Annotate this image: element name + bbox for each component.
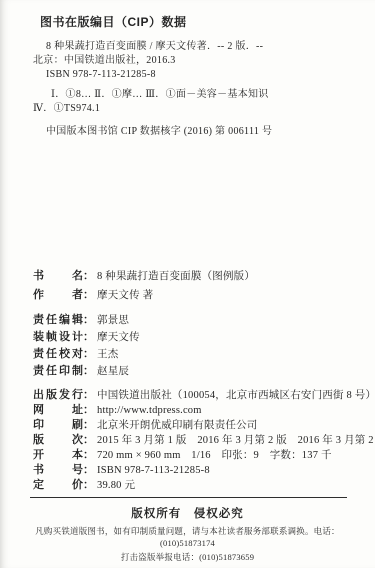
info-row-responsible-editor: 责任编辑：郭景思 xyxy=(33,312,361,329)
row-value: 8 种果蔬打造百变面膜（图例版） xyxy=(97,271,255,282)
cip-title-line: 8 种果蔬打造百变面膜 / 摩天文传著．-- 2 版．-- xyxy=(33,40,353,54)
row-colon: ： xyxy=(83,419,94,431)
row-label: 出版发行 xyxy=(33,388,83,403)
cip-header: 图书在版编目（CIP）数据 xyxy=(40,13,375,30)
row-label: 印 刷 xyxy=(33,418,83,433)
info-row-publisher: 出版发行：中国铁道出版社（100054，北京市西城区右安门西街 8 号） xyxy=(33,388,361,403)
cip-block: 图书在版编目（CIP）数据 8 种果蔬打造百变面膜 / 摩天文传著．-- 2 版… xyxy=(0,0,375,139)
row-value: 2015 年 3 月第 1 版 2016 年 3 月第 2 版 2016 年 3… xyxy=(97,435,375,446)
info-row-author: 作 者：摩天文传 著 xyxy=(33,286,361,305)
row-value: 摩天文传 xyxy=(97,332,140,343)
cip-classification-line-2: Ⅳ．①TS974.1 xyxy=(33,102,353,116)
row-value: 摩天文传 著 xyxy=(97,290,153,301)
row-colon: ： xyxy=(83,331,94,343)
info-row-book-title: 书 名：8 种果蔬打造百变面膜（图例版） xyxy=(33,267,361,286)
row-label: 版 次 xyxy=(33,433,83,448)
copyright-statement: 版权所有 侵权必究 xyxy=(0,505,375,521)
row-colon: ： xyxy=(83,314,94,326)
row-label: 书 名 xyxy=(33,267,83,286)
info-row-cover-design: 装帧设计：摩天文传 xyxy=(33,329,361,346)
row-colon: ： xyxy=(83,348,94,360)
row-colon: ： xyxy=(83,270,94,282)
row-colon: ： xyxy=(83,389,94,401)
row-value: 北京米开朗优威印刷有限责任公司 xyxy=(97,420,258,431)
row-value: 39.80 元 xyxy=(97,480,135,491)
info-row-website: 网 址：http://www.tdpress.com xyxy=(33,403,361,418)
website-url: http://www.tdpress.com xyxy=(97,405,202,416)
quality-notice-line: 凡购买铁道版图书，如有印制质量问题，请与本社读者服务部联系调换。电话：(010)… xyxy=(14,525,361,549)
row-value: 720 mm × 960 mm 1/16 印张：9 字数：137 千 xyxy=(97,450,332,461)
row-value: 王杰 xyxy=(97,349,118,360)
row-label: 网 址 xyxy=(33,403,83,418)
info-row-format: 开 本：720 mm × 960 mm 1/16 印张：9 字数：137 千 xyxy=(33,448,361,463)
copyright-page: 图书在版编目（CIP）数据 8 种果蔬打造百变面膜 / 摩天文传著．-- 2 版… xyxy=(0,0,375,568)
info-row-edition: 版 次：2015 年 3 月第 1 版 2016 年 3 月第 2 版 2016… xyxy=(33,433,361,448)
row-colon: ： xyxy=(83,464,94,476)
anti-piracy-hotline-line: 打击盗版举报电话：(010)51873659 xyxy=(14,551,361,563)
blank-area xyxy=(0,139,375,267)
staff-group: 责任编辑：郭景思 装帧设计：摩天文传 责任校对：王杰 责任印制：赵星辰 xyxy=(33,312,361,380)
cip-classification-line-1: Ⅰ．①8… Ⅱ．①摩… Ⅲ．①面－美容－基本知识 xyxy=(33,88,353,102)
row-colon: ： xyxy=(83,434,94,446)
info-row-print-supervisor: 责任印制：赵星辰 xyxy=(33,363,361,380)
cip-record-number-line: 中国版本图书馆 CIP 数据核字 (2016) 第 006111 号 xyxy=(33,125,353,139)
row-label: 书 号 xyxy=(33,463,83,478)
row-colon: ： xyxy=(83,365,94,377)
row-value: 赵星辰 xyxy=(97,366,129,377)
row-label: 责任印制 xyxy=(33,363,83,380)
cip-publisher-line: 北京：中国铁道出版社，2016.3 xyxy=(33,54,353,68)
row-value: 郭景思 xyxy=(97,315,129,326)
info-row-price: 定 价：39.80 元 xyxy=(33,478,361,493)
cip-isbn-line: ISBN 978-7-113-21285-8 xyxy=(33,68,353,82)
row-colon: ： xyxy=(83,479,94,491)
info-row-proofreader: 责任校对：王杰 xyxy=(33,346,361,363)
row-label: 装帧设计 xyxy=(33,329,83,346)
publishing-group: 出版发行：中国铁道出版社（100054，北京市西城区右安门西街 8 号） 网 址… xyxy=(33,388,361,493)
info-row-isbn: 书 号：ISBN 978-7-113-21285-8 xyxy=(33,463,361,478)
row-value: ISBN 978-7-113-21285-8 xyxy=(97,465,210,476)
publication-info: 书 名：8 种果蔬打造百变面膜（图例版） 作 者：摩天文传 著 责任编辑：郭景思… xyxy=(33,267,361,493)
row-label: 开 本 xyxy=(33,448,83,463)
copyright-footer: 版权所有 侵权必究 凡购买铁道版图书，如有印制质量问题，请与本社读者服务部联系调… xyxy=(0,497,375,563)
row-colon: ： xyxy=(83,289,94,301)
row-label: 作 者 xyxy=(33,286,83,305)
row-colon: ： xyxy=(83,449,94,461)
divider xyxy=(30,497,347,498)
row-label: 定 价 xyxy=(33,478,83,493)
group-gap xyxy=(33,380,361,388)
row-value: 中国铁道出版社（100054，北京市西城区右安门西街 8 号） xyxy=(97,390,375,401)
info-row-printer: 印 刷：北京米开朗优威印刷有限责任公司 xyxy=(33,418,361,433)
group-gap xyxy=(33,305,361,312)
row-label: 责任编辑 xyxy=(33,312,83,329)
row-label: 责任校对 xyxy=(33,346,83,363)
title-author-group: 书 名：8 种果蔬打造百变面膜（图例版） 作 者：摩天文传 著 xyxy=(33,267,361,305)
row-colon: ： xyxy=(83,404,94,416)
